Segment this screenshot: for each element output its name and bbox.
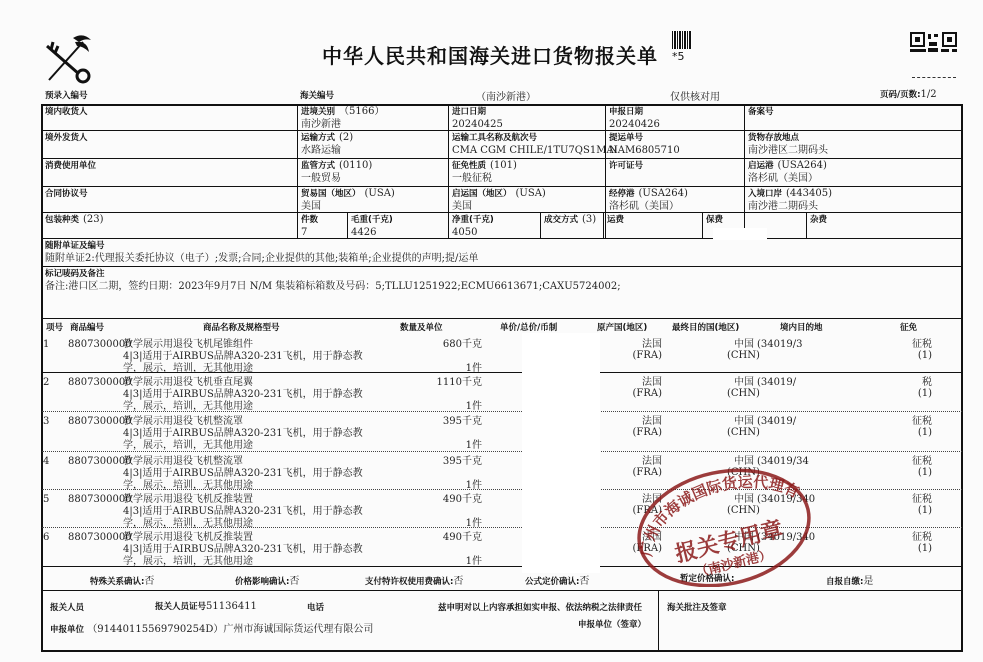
transport_mode-label-text: 运输方式 [301,133,335,143]
customs-no-label: 海关编号 [300,89,334,101]
declare_date-value: 20240426 [609,118,660,131]
record_no-label-text: 备案号 [748,107,774,117]
misc_fee-label: 杂费 [810,214,827,226]
net_weight-value: 4050 [452,226,494,239]
grid-line [744,105,745,238]
pieces-label: 件数 [301,214,318,226]
storage-label: 货物存放地点 [748,132,828,144]
declare_date-label: 申报日期 [609,106,660,118]
levy_nature-label-text: 征免性质 [452,161,486,171]
declarant-cert-value: 51136411 [206,601,257,612]
formula_pricing-value: 否 [579,576,589,587]
destination-code: (CHN) [727,466,760,479]
misc_fee-label-text: 杂费 [810,215,827,225]
document-title: 中华人民共和国海关进口货物报关单 [322,40,658,69]
grid-line [42,318,962,319]
domestic-destination: (34019/ [757,415,796,428]
field-storage: 货物存放地点南沙港区二期码头 [748,132,828,157]
transit_port-code: (USA264) [639,188,688,199]
overseas_shipper-label: 境外发货人 [45,132,88,144]
grid-line [297,105,298,238]
consignee-label-text: 境内收货人 [45,107,88,117]
vessel-label-text: 运输工具名称及航次号 [452,133,537,143]
field-supervision: 监管方式(0110)一般贸易 [301,160,372,185]
qr-underline [912,77,956,78]
goods-spec: 学，展示，培训，无其他用途 [123,517,253,530]
confirm-formula_pricing: 公式定价确认:否 [525,572,589,587]
item-no: 5 [43,493,49,506]
origin-code: (FRA) [600,504,662,517]
contract_no-label: 合同协议号 [45,188,88,200]
storage-label-text: 货物存放地点 [748,133,799,143]
field-declare_date: 申报日期20240426 [609,106,660,131]
entry_customs-label: 进境关别（5166） [301,106,384,118]
quantity-weight: 490千克 [400,493,482,506]
field-overseas_shipper: 境外发货人 [45,132,88,144]
supervision-value: 一般贸易 [301,172,372,185]
net_weight-label-text: 净重(千克) [452,215,494,225]
verify-note: 仅供核对用 [670,88,720,103]
field-insurance: 保费 [706,214,723,226]
royalty-label: 支付特许权使用费确认: [365,577,453,587]
origin-code: (FRA) [600,426,662,439]
package_type-label: 包装种类(23) [45,214,104,226]
transit_port-value: 洛杉矶（美国） [609,200,688,213]
grid-line [658,590,659,652]
field-entry_port: 入境口岸(443405)南沙港二期码头 [748,188,832,213]
confirm-royalty: 支付特许权使用费确认:否 [365,572,463,587]
goods-spec: 学，展示，培训，无其他用途 [123,400,253,413]
entry_customs-value: 南沙新港 [301,118,384,131]
quantity-weight: 680千克 [400,338,482,351]
phone-label: 电话 [307,601,324,613]
self_declare-label: 自报自缴: [826,577,863,587]
supervision-label: 监管方式(0110) [301,160,372,172]
transport_mode-value: 水路运输 [301,144,353,157]
goods-spec: 学，展示，培训，无其他用途 [123,362,253,375]
column-header: 原产国(地区) [597,322,647,335]
freight-label-text: 运费 [607,215,624,225]
field-misc_fee: 杂费 [810,214,827,226]
field-gross_weight: 毛重(千克)4426 [351,214,393,239]
price_influence-label: 价格影响确认: [235,577,289,587]
entry_port-label: 入境口岸(443405) [748,188,832,200]
field-record_no: 备案号 [748,106,774,118]
grid-line [42,266,962,267]
confirm-self_declare: 自报自缴:是 [826,572,873,587]
declaring-unit: 申报单位 （91440115569790254D）广州市海诚国际货运代理有限公司 [50,620,373,635]
column-header: 征免 [900,322,917,335]
pre-entry-no-label: 预录入编号 [45,89,88,101]
field-pieces: 件数7 [301,214,318,239]
page-label: 页码/页数: [880,90,921,100]
destination-code: (CHN) [727,542,760,555]
goods-spec: 学，展示，培训，无其他用途 [123,555,253,568]
page-indicator: 页码/页数:1/2 [880,88,937,100]
origin_country-label-text: 启运国（地区） [452,189,512,199]
customs-approval-label: 海关批注及签章 [667,601,727,613]
transaction_mode-label-text: 成交方式 [544,215,578,225]
levy_nature-label: 征免性质(101) [452,160,517,172]
item-no: 2 [43,376,49,389]
domestic-destination: (34019/340 [757,531,815,544]
grid-line [42,590,962,591]
license_no-label: 许可证号 [609,160,643,172]
declarant-cert-label: 报关人员证号 [155,602,206,612]
field-net_weight: 净重(千克)4050 [452,214,494,239]
grid-line [540,212,541,238]
quantity-pieces: 1件 [400,479,482,492]
entry_customs-label-text: 进境关别 [301,107,335,117]
field-departure_port: 启运港(USA264)洛杉矶（美国） [748,160,827,185]
quantity-pieces: 1件 [400,400,482,413]
field-bill_no: 提运单号NAM6805710 [609,132,680,157]
field-license_no: 许可证号 [609,160,643,172]
grid-line [42,238,962,239]
qr-code-icon [910,32,958,54]
levy_nature-value: 一般征税 [452,172,517,185]
destination-code: (CHN) [727,387,760,400]
column-header: 商品名称及规格型号 [203,322,280,335]
grid-line [603,212,604,238]
destination-code: (CHN) [727,426,760,439]
import_date-label: 进口日期 [452,106,503,118]
declaration-statement: 兹申明对以上内容承担如实申报、依法纳税之法律责任 [438,601,642,613]
levy-code: (1) [880,349,932,362]
grid-line [42,186,962,187]
quantity-pieces: 1件 [400,439,482,452]
bill_no-label: 提运单号 [609,132,680,144]
package_type-label-text: 包装种类 [45,215,79,225]
quantity-pieces: 1件 [400,362,482,375]
transit_port-label: 经停港(USA264) [609,188,688,200]
entry_port-value: 南沙港二期码头 [748,200,832,213]
domestic-destination: (34019/340 [757,493,815,506]
consignee-label: 境内收货人 [45,106,88,118]
field-transport_mode: 运输方式(2)水路运输 [301,132,353,157]
item-no: 3 [43,415,49,428]
barcode-icon [672,31,692,49]
field-consumer_unit: 消费使用单位 [45,160,96,172]
remarks-value: 备注:港口区二期，签约日期：2023年9月7日 N/M 集装箱标箱数及号码：5;… [45,280,621,293]
destination-code: (CHN) [727,349,760,362]
import_date-label-text: 进口日期 [452,107,486,117]
quantity-weight: 395千克 [400,455,482,468]
departure_port-label-text: 启运港 [748,161,774,171]
consumer_unit-label-text: 消费使用单位 [45,161,96,171]
domestic-destination: (34019/34 [757,455,809,468]
levy-code: (1) [880,542,932,555]
quantity-pieces: 1件 [400,555,482,568]
royalty-value: 否 [453,576,463,587]
quantity-weight: 395千克 [400,415,482,428]
declaring-unit-value: （91440115569790254D）广州市海诚国际货运代理有限公司 [87,624,373,635]
column-header: 境内目的地 [780,322,823,335]
supervision-code: (0110) [339,160,372,171]
redaction [713,228,767,240]
grid-line [605,105,606,238]
levy-code: (1) [880,426,932,439]
origin-code: (FRA) [600,349,662,362]
vessel-label: 运输工具名称及航次号 [452,132,618,144]
quantity-weight: 490千克 [400,531,482,544]
field-import_date: 进口日期20240425 [452,106,503,131]
transaction_mode-code: (3) [582,214,596,225]
field-consignee: 境内收货人 [45,106,88,118]
self_declare-value: 是 [863,576,873,587]
field-transaction_mode: 成交方式(3) [544,214,596,226]
attached_docs-label: 随附单证及编号 [45,240,478,252]
field-contract_no: 合同协议号 [45,188,88,200]
pieces-value: 7 [301,226,318,239]
insurance-label-text: 保费 [706,215,723,225]
pieces-label-text: 件数 [301,215,318,225]
field-remarks: 标记唛码及备注备注:港口区二期，签约日期：2023年9月7日 N/M 集装箱标箱… [45,268,621,293]
freight-label: 运费 [607,214,624,226]
vessel-value: CMA CGM CHILE/1TU7QS1MAI [452,144,618,157]
domestic-destination: (34019/ [757,376,796,389]
goods-spec: 学，展示，培训，无其他用途 [123,439,253,452]
storage-value: 南沙港区二期码头 [748,144,828,157]
customs-emblem-icon [43,32,97,84]
entry_customs-code: （5166） [339,106,384,117]
column-header: 商品编号 [70,322,104,335]
special_relation-value: 否 [144,576,154,587]
levy_nature-code: (101) [490,160,517,171]
grid-line [42,158,962,159]
transit_port-label-text: 经停港 [609,189,635,199]
field-freight: 运费 [607,214,624,226]
transport_mode-label: 运输方式(2) [301,132,353,144]
entry_port-label-text: 入境口岸 [748,189,782,199]
grid-line [448,105,449,238]
page-value: 1/2 [921,89,937,100]
insurance-label: 保费 [706,214,723,226]
origin_country-value: 美国 [452,200,546,213]
field-origin_country: 启运国（地区）(USA)美国 [452,188,546,213]
field-package_type: 包装种类(23) [45,214,104,226]
bill_no-value: NAM6805710 [609,144,680,157]
origin_country-code: (USA) [516,188,546,199]
attached_docs-label-text: 随附单证及编号 [45,241,105,251]
confirm-special_relation: 特殊关系确认:否 [90,572,154,587]
column-header: 项号 [46,322,63,335]
overseas_shipper-label-text: 境外发货人 [45,133,88,143]
field-levy_nature: 征免性质(101)一般征税 [452,160,517,185]
trade_country-label-text: 贸易国（地区） [301,189,361,199]
trade_country-label: 贸易国（地区）(USA) [301,188,395,200]
bill_no-label-text: 提运单号 [609,133,643,143]
levy-code: (1) [880,504,932,517]
declarant-cert: 报关人员证号51136411 [155,600,257,612]
item-no: 6 [43,531,49,544]
confirm-provisional_pricing: 暂定价格确认: [680,572,734,584]
gross_weight-value: 4426 [351,226,393,239]
quantity-weight: 1110千克 [400,376,482,389]
net_weight-label: 净重(千克) [452,214,494,226]
field-attached_docs: 随附单证及编号随附单证2:代理报关委托协议（电子）;发票;合同;企业提供的其他;… [45,240,478,265]
item-no: 1 [43,338,49,351]
field-trade_country: 贸易国（地区）(USA)美国 [301,188,395,213]
domestic-destination: (34019/3 [757,338,802,351]
gross_weight-label: 毛重(千克) [351,214,393,226]
supervision-label-text: 监管方式 [301,161,335,171]
contract_no-label-text: 合同协议号 [45,189,88,199]
goods-spec: 学，展示，培训，无其他用途 [123,479,253,492]
attached_docs-value: 随附单证2:代理报关委托协议（电子）;发票;合同;企业提供的其他;装箱单;企业提… [45,252,478,265]
import_date-value: 20240425 [452,118,503,131]
column-header: 数量及单位 [400,322,443,335]
remarks-label-text: 标记唛码及备注 [45,269,105,279]
origin-code: (FRA) [600,466,662,479]
departure_port-code: (USA264) [778,160,827,171]
transaction_mode-label: 成交方式(3) [544,214,596,226]
transport_mode-code: (2) [339,132,353,143]
origin-code: (FRA) [600,542,662,555]
price_influence-value: 否 [289,576,299,587]
provisional_pricing-label: 暂定价格确认: [680,574,734,584]
levy-code: (1) [880,387,932,400]
grid-line [347,212,348,238]
departure_port-label: 启运港(USA264) [748,160,827,172]
departure_port-value: 洛杉矶（美国） [748,172,827,185]
record_no-label: 备案号 [748,106,774,118]
field-entry_customs: 进境关别（5166）南沙新港 [301,106,384,131]
column-header: 最终目的国(地区) [672,322,739,335]
levy-code: (1) [880,466,932,479]
declarant-label: 报关人员 [50,601,84,613]
declaring-unit-seal: 申报单位（签章） [578,618,646,630]
destination-code: (CHN) [727,504,760,517]
trade_country-code: (USA) [365,188,395,199]
redaction [522,333,600,573]
trade_country-value: 美国 [301,200,395,213]
field-transit_port: 经停港(USA264)洛杉矶（美国） [609,188,688,213]
customs-office: （南沙新港） [476,88,536,103]
origin_country-label: 启运国（地区）(USA) [452,188,546,200]
barcode-caption: *5 [672,50,685,63]
origin-code: (FRA) [600,387,662,400]
consumer_unit-label: 消费使用单位 [45,160,96,172]
formula_pricing-label: 公式定价确认: [525,577,579,587]
item-no: 4 [43,455,49,468]
field-vessel: 运输工具名称及航次号CMA CGM CHILE/1TU7QS1MAI [452,132,618,157]
gross_weight-label-text: 毛重(千克) [351,215,393,225]
entry_port-code: (443405) [786,188,832,199]
declaring-unit-label: 申报单位 [50,625,84,635]
special_relation-label: 特殊关系确认: [90,577,144,587]
declare_date-label-text: 申报日期 [609,107,643,117]
package_type-code: (23) [83,214,104,225]
grid-line [806,212,807,238]
quantity-pieces: 1件 [400,517,482,530]
confirm-price_influence: 价格影响确认:否 [235,572,299,587]
grid-line [702,212,703,238]
license_no-label-text: 许可证号 [609,161,643,171]
remarks-label: 标记唛码及备注 [45,268,621,280]
